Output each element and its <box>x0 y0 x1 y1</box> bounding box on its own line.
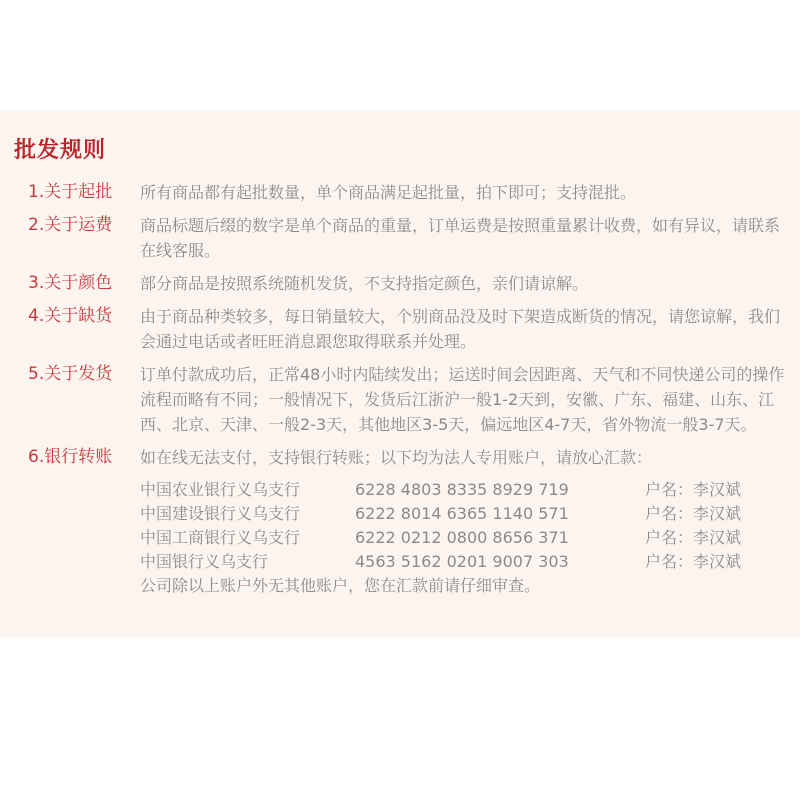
account-holder: 户名：李汉斌 <box>645 502 792 526</box>
bank-transfer-intro: 如在线无法支付，支持银行转账；以下均为法人专用账户，请放心汇款： <box>140 445 792 470</box>
page-title: 批发规则 <box>14 139 792 163</box>
account-holder: 户名：李汉斌 <box>645 526 792 550</box>
rule-item-delivery: 5.关于发货 订单付款成功后，正常48小时内陆续发出；运送时间会因距离、天气和不… <box>14 362 792 437</box>
rule-text: 商品标题后缀的数字是单个商品的重量，订单运费是按照重量累计收费，如有异议，请联系… <box>140 213 792 263</box>
rule-label: 2.关于运费 <box>28 213 140 238</box>
rule-text: 订单付款成功后，正常48小时内陆续发出；运送时间会因距离、天气和不同快递公司的操… <box>140 362 792 437</box>
account-holder: 户名：李汉斌 <box>645 478 792 502</box>
rule-label: 1.关于起批 <box>28 180 140 205</box>
rule-text: 部分商品是按照系统随机发货，不支持指定颜色，亲们请谅解。 <box>140 271 792 296</box>
bank-account-number: 4563 5162 0201 9007 303 <box>355 550 645 574</box>
rule-label: 6.银行转账 <box>28 445 140 470</box>
bank-account-number: 6222 8014 6365 1140 571 <box>355 502 645 526</box>
rule-text: 所有商品都有起批数量，单个商品满足起批量，拍下即可；支持混批。 <box>140 180 792 205</box>
rule-item-min-order: 1.关于起批 所有商品都有起批数量，单个商品满足起批量，拍下即可；支持混批。 <box>14 180 792 205</box>
bank-account-number: 6228 4803 8335 8929 719 <box>355 478 645 502</box>
rule-label: 5.关于发货 <box>28 362 140 387</box>
wholesale-rules-panel: 批发规则 1.关于起批 所有商品都有起批数量，单个商品满足起批量，拍下即可；支持… <box>0 110 800 638</box>
bank-note: 公司除以上账户外无其他账户，您在汇款前请仔细审查。 <box>140 574 792 598</box>
rule-item-color: 3.关于颜色 部分商品是按照系统随机发货，不支持指定颜色，亲们请谅解。 <box>14 271 792 296</box>
rule-item-out-of-stock: 4.关于缺货 由于商品种类较多，每日销量较大，个别商品没及时下架造成断货的情况，… <box>14 304 792 354</box>
bank-account-table: 中国农业银行义乌支行 6228 4803 8335 8929 719 户名：李汉… <box>140 478 792 574</box>
rule-item-bank-transfer: 6.银行转账 如在线无法支付，支持银行转账；以下均为法人专用账户，请放心汇款： … <box>14 445 792 598</box>
bank-name: 中国银行义乌支行 <box>140 550 355 574</box>
bank-name: 中国建设银行义乌支行 <box>140 502 355 526</box>
rule-label: 4.关于缺货 <box>28 304 140 329</box>
bank-account-row: 中国银行义乌支行 4563 5162 0201 9007 303 户名：李汉斌 <box>140 550 792 574</box>
bank-account-row: 中国工商银行义乌支行 6222 0212 0800 8656 371 户名：李汉… <box>140 526 792 550</box>
bank-name: 中国农业银行义乌支行 <box>140 478 355 502</box>
rule-text: 由于商品种类较多，每日销量较大，个别商品没及时下架造成断货的情况，请您谅解，我们… <box>140 304 792 354</box>
bank-account-row: 中国建设银行义乌支行 6222 8014 6365 1140 571 户名：李汉… <box>140 502 792 526</box>
rule-label: 3.关于颜色 <box>28 271 140 296</box>
rule-text-and-accounts: 如在线无法支付，支持银行转账；以下均为法人专用账户，请放心汇款： 中国农业银行义… <box>140 445 792 598</box>
bank-account-number: 6222 0212 0800 8656 371 <box>355 526 645 550</box>
account-holder: 户名：李汉斌 <box>645 550 792 574</box>
rule-item-shipping-fee: 2.关于运费 商品标题后缀的数字是单个商品的重量，订单运费是按照重量累计收费，如… <box>14 213 792 263</box>
bank-name: 中国工商银行义乌支行 <box>140 526 355 550</box>
bank-account-row: 中国农业银行义乌支行 6228 4803 8335 8929 719 户名：李汉… <box>140 478 792 502</box>
